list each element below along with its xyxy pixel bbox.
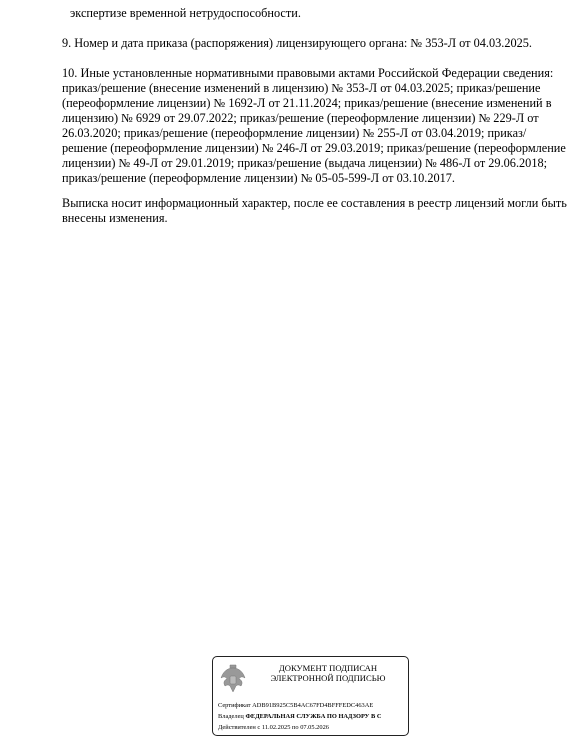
certificate-line: Сертификат ADB91B925C5B4AC67FD4BFFFEDC46… (218, 702, 408, 710)
validity-line: Действителен с 11.02.2025 по 07.05.2026 (218, 724, 408, 732)
certificate-value: ADB91B925C5B4AC67FD4BFFFEDC463AE (252, 702, 373, 709)
stamp-title: ДОКУМЕНТ ПОДПИСАН ЭЛЕКТРОННОЙ ПОДПИСЬЮ (253, 663, 403, 683)
electronic-signature-stamp: ДОКУМЕНТ ПОДПИСАН ЭЛЕКТРОННОЙ ПОДПИСЬЮ С… (212, 656, 409, 736)
paragraph-other-info: 10. Иные установленные нормативными прав… (62, 66, 567, 186)
owner-value: ФЕДЕРАЛЬНАЯ СЛУЖБА ПО НАДЗОРУ В С (245, 713, 381, 720)
stamp-title-line1: ДОКУМЕНТ ПОДПИСАН (253, 663, 403, 673)
russian-coat-of-arms-icon (219, 662, 247, 696)
stamp-title-line2: ЭЛЕКТРОННОЙ ПОДПИСЬЮ (253, 673, 403, 683)
paragraph-disclaimer: Выписка носит информационный характер, п… (62, 196, 567, 226)
certificate-label: Сертификат (218, 702, 251, 709)
paragraph-continuation: экспертизе временной нетрудоспособности. (70, 6, 575, 21)
owner-label: Владелец (218, 713, 244, 720)
paragraph-order-number: 9. Номер и дата приказа (распоряжения) л… (62, 36, 567, 51)
owner-line: Владелец ФЕДЕРАЛЬНАЯ СЛУЖБА ПО НАДЗОРУ В… (218, 713, 408, 721)
